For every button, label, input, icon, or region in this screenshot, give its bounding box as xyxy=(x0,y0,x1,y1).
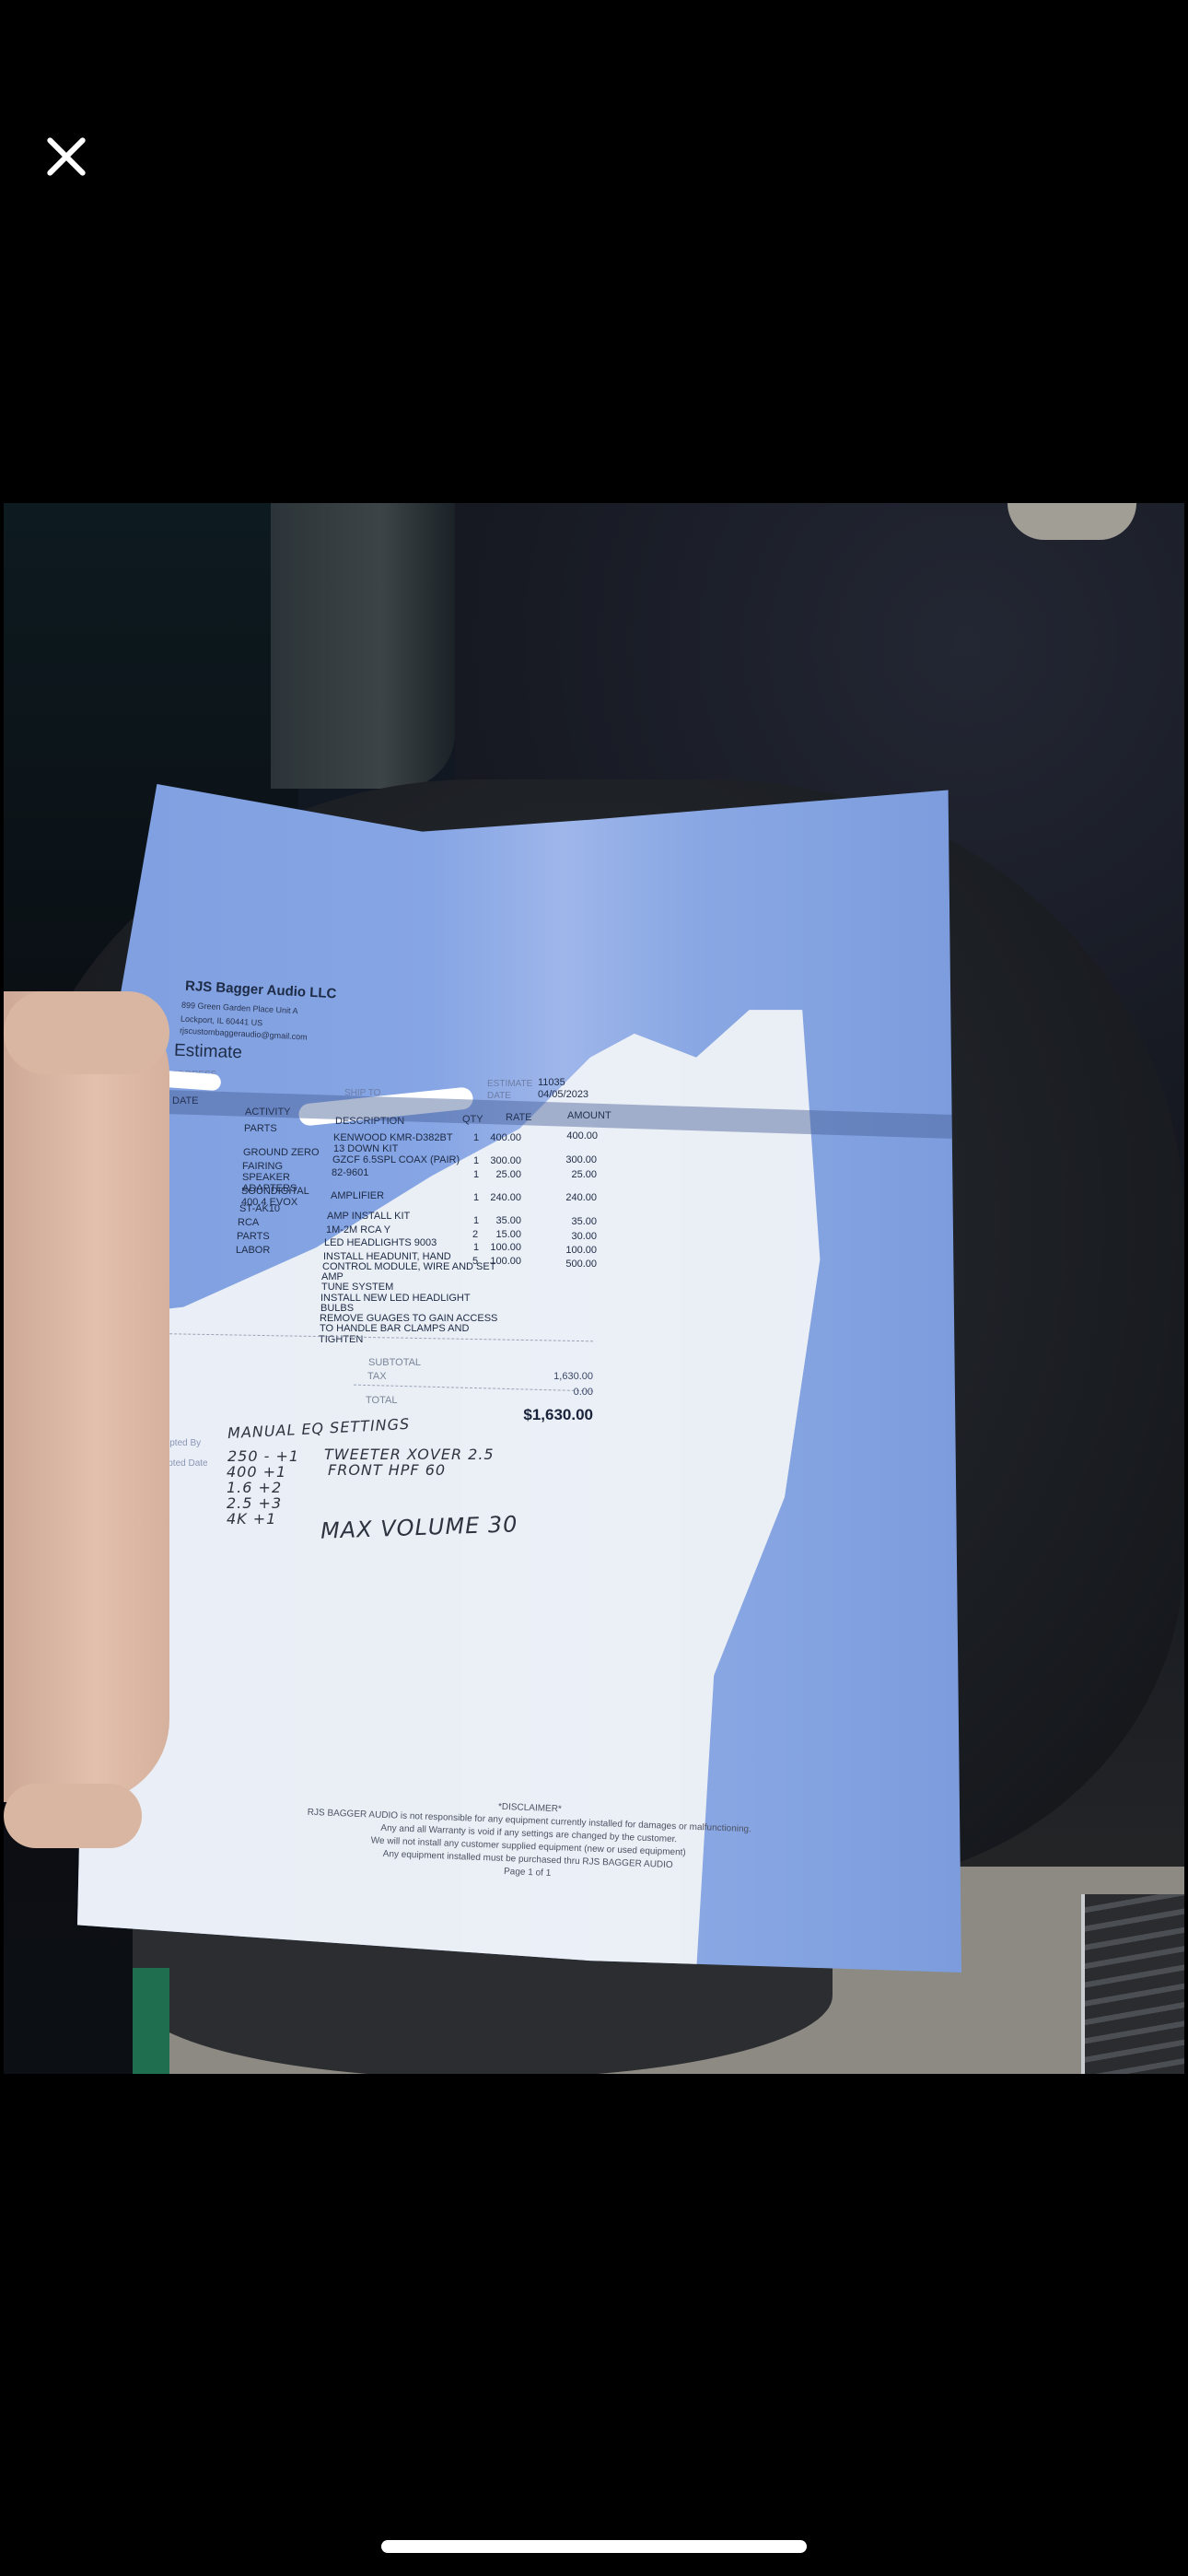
row3-amount: 25.00 xyxy=(532,1169,597,1180)
row4-amount: 240.00 xyxy=(532,1192,597,1203)
row6-description: 1M-2M RCA Y xyxy=(326,1224,390,1235)
subtotal-value: 1,630.00 xyxy=(501,1371,593,1382)
col-date: DATE xyxy=(172,1095,199,1107)
row2-rate: 300.00 xyxy=(457,1155,521,1166)
estimate-number: 11035 xyxy=(538,1077,565,1088)
labor-line: TUNE SYSTEM xyxy=(321,1282,393,1293)
row1-activity: PARTS xyxy=(244,1123,277,1134)
row4-rate: 240.00 xyxy=(457,1192,521,1203)
row8-activity: LABOR xyxy=(236,1245,270,1256)
tax-label: TAX xyxy=(367,1371,387,1382)
tax-value: 0.00 xyxy=(501,1387,593,1398)
row5-amount: 35.00 xyxy=(532,1216,597,1227)
subtotal-label: SUBTOTAL xyxy=(368,1357,421,1368)
row1-amount: 400.00 xyxy=(533,1130,598,1142)
row3-description: 82-9601 xyxy=(332,1167,368,1178)
row7-description: LED HEADLIGHTS 9003 xyxy=(324,1237,437,1248)
total-value: $1,630.00 xyxy=(446,1406,593,1424)
labor-line: TO HANDLE BAR CLAMPS AND xyxy=(320,1323,469,1334)
row6-amount: 30.00 xyxy=(532,1231,597,1242)
document-title: Estimate xyxy=(174,1041,243,1064)
finger xyxy=(4,1784,142,1848)
col-qty: QTY xyxy=(462,1114,483,1125)
light-spot-bg xyxy=(1007,503,1136,540)
company-name: RJS Bagger Audio LLC xyxy=(185,978,337,1002)
row3-rate: 25.00 xyxy=(457,1169,521,1180)
row6-activity: RCA xyxy=(238,1217,259,1228)
row5-description: AMP INSTALL KIT xyxy=(327,1211,410,1222)
row1-rate: 400.00 xyxy=(457,1132,521,1143)
col-amount: AMOUNT xyxy=(567,1110,611,1121)
home-indicator[interactable] xyxy=(381,2540,807,2553)
close-button[interactable] xyxy=(37,127,96,186)
col-rate: RATE xyxy=(506,1112,532,1123)
row7-amount: 100.00 xyxy=(532,1245,597,1256)
row8-rate: 100.00 xyxy=(457,1256,521,1267)
row6-rate: 15.00 xyxy=(457,1229,521,1240)
company-email: rjscustombaggeraudio@gmail.com xyxy=(180,1025,308,1041)
handwritten-front-hpf: FRONT HPF 60 xyxy=(328,1461,446,1479)
row7-rate: 100.00 xyxy=(457,1242,521,1253)
company-address-line1: 899 Green Garden Place Unit A xyxy=(181,1001,298,1016)
estimate-document: RJS Bagger Audio LLC 899 Green Garden Pl… xyxy=(77,784,961,1973)
col-activity: ACTIVITY xyxy=(245,1107,291,1118)
row1-description: KENWOOD KMR-D382BT 13 DOWN KIT xyxy=(333,1132,453,1154)
total-label: TOTAL xyxy=(366,1395,397,1406)
hand-holding-paper xyxy=(4,991,169,1802)
row2-activity: GROUND ZERO xyxy=(243,1147,320,1158)
row5-rate: 35.00 xyxy=(457,1215,521,1226)
finger xyxy=(4,991,169,1074)
date-value: 04/05/2023 xyxy=(538,1089,588,1100)
estimate-number-label: ESTIMATE xyxy=(487,1079,532,1089)
row4-description: AMPLIFIER xyxy=(331,1190,384,1201)
row8-amount: 500.00 xyxy=(532,1259,597,1270)
row7-activity: PARTS xyxy=(237,1231,270,1242)
estimate-photo: RJS Bagger Audio LLC 899 Green Garden Pl… xyxy=(4,503,1184,2074)
col-description: DESCRIPTION xyxy=(335,1116,404,1127)
row2-description: GZCF 6.5SPL COAX (PAIR) xyxy=(332,1154,460,1165)
green-strap-bg xyxy=(133,1968,169,2074)
footboard-bg xyxy=(1081,1894,1184,2074)
handwritten-eq-line: 4K +1 xyxy=(227,1510,276,1528)
row2-amount: 300.00 xyxy=(532,1154,597,1165)
row5-activity: ST-AK10 xyxy=(239,1203,280,1214)
fairing-trim-bg xyxy=(271,503,455,789)
